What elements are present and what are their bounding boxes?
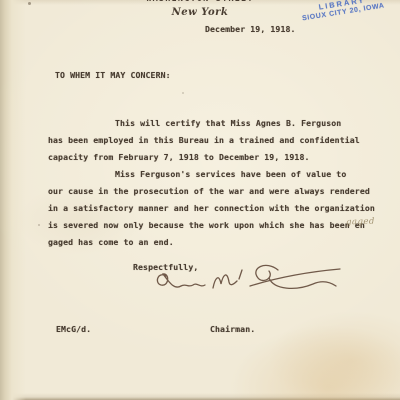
body-line: This will certify that Miss Agnes B. Fer… <box>115 118 341 128</box>
salutation: TO WHEM IT MAY CONCERN: <box>55 70 171 80</box>
paper-speck <box>38 224 40 226</box>
typist-initials: EMcG/d. <box>56 324 91 334</box>
body-line: in a satisfactory manner and her connect… <box>48 203 375 213</box>
letter-page: WASHINGTON STREET New York COLLEGE LIBRA… <box>0 0 400 400</box>
body-line: gaged has come to an end. <box>48 237 174 247</box>
body-line: Miss Ferguson's services have been of va… <box>115 169 346 179</box>
pencil-margin-note: gaged <box>346 216 375 227</box>
body-line: capacity from February 7, 1918 to Decemb… <box>48 152 310 162</box>
paper-speck <box>182 92 184 94</box>
signature-scrawl <box>150 258 350 306</box>
body-line: our cause in the prosecution of the war … <box>48 186 370 196</box>
body-line: is severed now only because the work upo… <box>48 220 365 230</box>
body-line: has been employed in this Bureau in a tr… <box>48 135 360 145</box>
signer-title: Chairman. <box>210 324 255 334</box>
paper-speck <box>28 2 31 5</box>
signature-ink-icon <box>150 258 350 306</box>
date-line: December 19, 1918. <box>205 24 296 34</box>
